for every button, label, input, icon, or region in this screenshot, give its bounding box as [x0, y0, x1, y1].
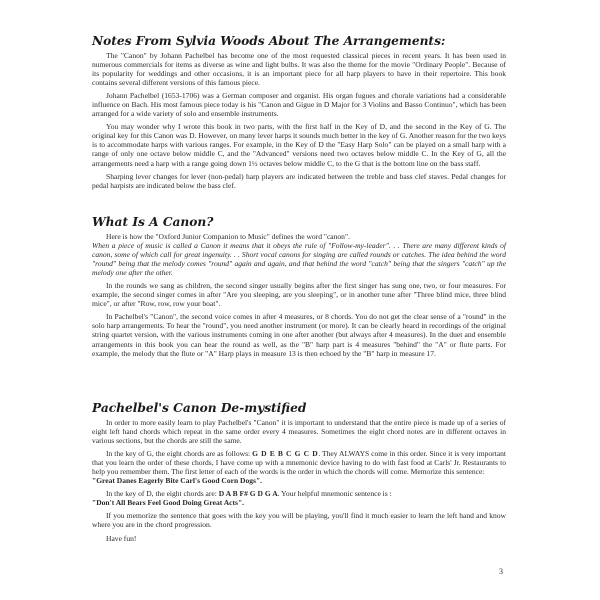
section-title-notes: Notes From Sylvia Woods About The Arrang… [92, 34, 506, 48]
paragraph: You may wonder why I wrote this book in … [92, 122, 506, 167]
paragraph: In order to more easily learn to play Pa… [92, 418, 506, 445]
section-notes: Notes From Sylvia Woods About The Arrang… [92, 34, 506, 194]
paragraph: Johann Pachelbel (1653-1706) was a Germa… [92, 91, 506, 118]
text: In the key of D, the eight chords are: [106, 489, 219, 498]
paragraph: In Pachelbel's "Canon", the second voice… [92, 312, 506, 357]
section-title-canon: What Is A Canon? [92, 215, 506, 229]
paragraph: In the rounds we sang as children, the s… [92, 281, 506, 308]
page-number: 3 [499, 567, 503, 576]
closing-line: Have fun! [92, 534, 506, 543]
definition-quote: When a piece of music is called a Canon … [92, 241, 506, 277]
paragraph-key-of-d: In the key of D, the eight chords are: D… [92, 489, 506, 507]
paragraph: The "Canon" by Johann Pachelbel has beco… [92, 51, 506, 87]
section-title-demystified: Pachelbel's Canon De-mystified [92, 401, 506, 415]
chord-list-d: D A B F# G D G A [219, 489, 278, 498]
text: In the key of G, the eight chords are as… [106, 449, 252, 458]
section-demystified: Pachelbel's Canon De-mystified In order … [92, 401, 506, 547]
mnemonic-d: "Don't All Bears Feel Good Doing Great A… [92, 498, 506, 507]
paragraph: If you memorize the sentence that goes w… [92, 511, 506, 529]
chord-list-g: G D E B C G C D [252, 449, 318, 458]
mnemonic-g: "Great Danes Eagerly Bite Carl's Good Co… [92, 476, 506, 485]
text: . Your helpful mnemonic sentence is : [278, 489, 392, 498]
paragraph: Sharping lever changes for lever (non-pe… [92, 172, 506, 190]
paragraph-key-of-g: In the key of G, the eight chords are as… [92, 449, 506, 485]
section-what-is-canon: What Is A Canon? Here is how the "Oxford… [92, 215, 506, 362]
paragraph-intro: Here is how the "Oxford Junior Companion… [92, 232, 506, 241]
